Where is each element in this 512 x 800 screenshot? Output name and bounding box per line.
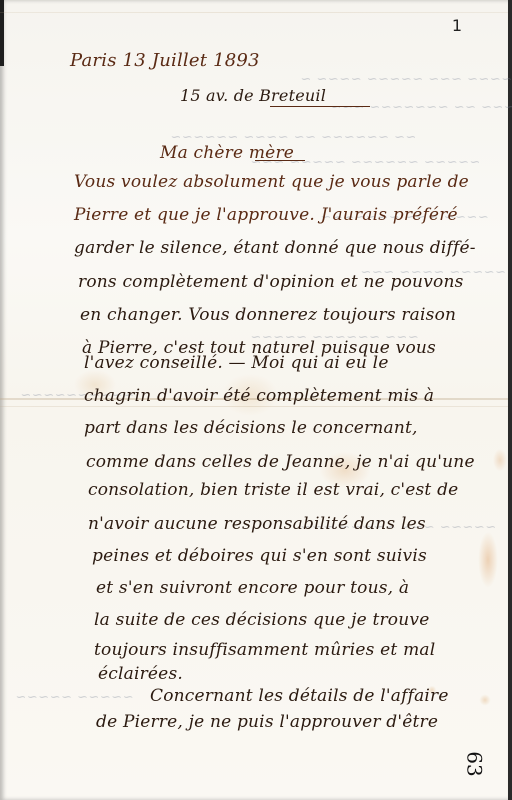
- body-line: consolation, bien triste il est vrai, c'…: [88, 480, 458, 500]
- body-line: n'avoir aucune responsabilité dans les: [88, 514, 426, 534]
- fold-line-middle-secondary: [0, 406, 508, 407]
- body-line: peines et déboires qui s'en sont suivis: [92, 546, 427, 566]
- date-line: Paris 13 Juillet 1893: [70, 50, 260, 71]
- body-line: Vous voulez absolument que je vous parle…: [74, 172, 469, 192]
- letter-page: ~~~~ ~~~ ~~~~~ ~~~~ ~ ~~~~~ ~~ ~~~~~~~ ~…: [0, 0, 508, 800]
- body-line: de Pierre, je ne puis l'approuver d'être: [96, 712, 438, 732]
- page-number: 1: [452, 16, 462, 35]
- body-line: toujours insuffisamment mûries et mal: [94, 640, 435, 660]
- body-line: part dans les décisions le concernant,: [84, 418, 418, 438]
- address-underline: [270, 106, 370, 107]
- scan-edge-shadow: [0, 0, 4, 66]
- bleed-through-text: ~~~~~ ~~~~~: [15, 690, 134, 705]
- body-line: Pierre et que je l'approuve. J'aurais pr…: [74, 205, 458, 225]
- fold-line-top: [0, 12, 508, 13]
- address-line: 15 av. de Breteuil: [180, 86, 326, 105]
- body-line: Concernant les détails de l'affaire: [150, 686, 449, 706]
- salutation-underline: [255, 160, 305, 161]
- body-line: comme dans celles de Jeanne, je n'ai qu'…: [86, 452, 475, 472]
- body-line: éclairées.: [98, 664, 183, 684]
- body-line: et s'en suivront encore pour tous, à: [96, 578, 409, 598]
- archive-folio-stamp: 63: [463, 751, 487, 776]
- body-line: en changer. Vous donnerez toujours raiso…: [80, 305, 456, 325]
- body-line: rons complètement d'opinion et ne pouvon…: [78, 272, 464, 292]
- body-line: chagrin d'avoir été complètement mis à: [84, 386, 434, 406]
- body-line: la suite de ces décisions que je trouve: [94, 610, 429, 630]
- bleed-through-text: ~~~~ ~~~ ~~~~~ ~~~~ ~: [300, 72, 512, 87]
- body-line: garder le silence, étant donné que nous …: [74, 238, 476, 258]
- bleed-through-text: ~~~~~ ~~ ~~~~~~~ ~~~: [330, 100, 512, 115]
- body-line: l'avez conseillé. — Moi qui ai eu le: [84, 353, 389, 373]
